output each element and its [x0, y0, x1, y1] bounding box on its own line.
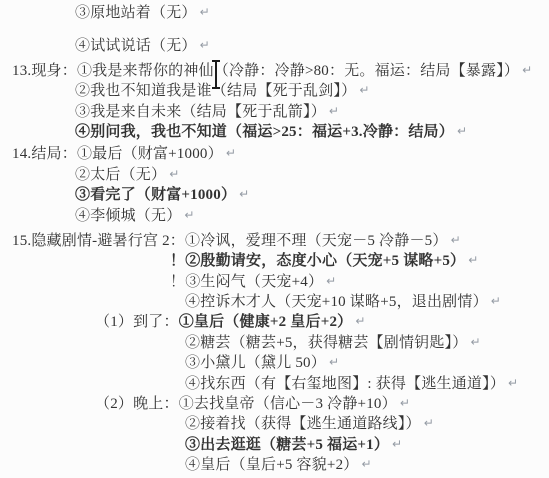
document-text-area[interactable]: ③原地站着（无）↵④试试说话（无）↵13.现身：①我是来帮你的神仙（冷静：冷静>…: [0, 2, 549, 475]
doc-line-text: 14.结局：①最后（财富+1000）: [12, 146, 223, 162]
doc-line[interactable]: （1）到了：①皇后（健康+2 皇后+2）↵: [0, 311, 549, 331]
paragraph-mark-icon: ↵: [400, 396, 410, 410]
doc-line-text: ④皇后（皇后+5 容貌+2）: [185, 457, 358, 473]
doc-line[interactable]: 14.结局：①最后（财富+1000）↵: [0, 143, 549, 163]
paragraph-mark-icon: ↵: [392, 437, 402, 451]
paragraph-mark-icon: ↵: [468, 253, 478, 267]
doc-line-text: ③出去逛逛（糖芸+5 福运+1）: [185, 437, 389, 453]
paragraph-mark-icon: ↵: [226, 146, 236, 160]
doc-line-text: ①去找皇帝（信心－3 冷静+10）: [179, 396, 397, 412]
paragraph-mark-icon: ↵: [491, 294, 501, 308]
doc-line[interactable]: ④别问我，我也不知道（福运>25：福运+3.冷静：结局）↵: [0, 121, 549, 141]
doc-line[interactable]: ③原地站着（无）↵: [0, 2, 549, 22]
doc-line-text: ！③生闷气（天宠+4）: [170, 274, 323, 290]
doc-line-text: ④李倾城（无）: [75, 208, 181, 224]
doc-line[interactable]: 15.隐藏剧情-避暑行宫 2：①冷讽，爱理不理（天宠－5 冷静－5）↵: [0, 230, 549, 250]
paragraph-mark-icon: ↵: [329, 104, 339, 118]
doc-line-text: ②我也不知道我是谁（结局【死于乱剑】）: [75, 83, 356, 99]
doc-line[interactable]: ！②殷勤请安，态度小心（天宠+5 谋略+5）↵: [0, 250, 549, 270]
doc-line-text: ②糖芸（糖芸+5，获得糖芸【剧情钥匙】）: [185, 335, 467, 351]
doc-line-text: 15.隐藏剧情-避暑行宫 2：①冷讽，爱理不理（天宠－5 冷静－5）: [12, 233, 448, 249]
paragraph-mark-icon: ↵: [457, 124, 467, 138]
paragraph-mark-icon: ↵: [169, 167, 179, 181]
doc-line-prefix: （2）晚上：: [95, 396, 179, 412]
doc-line[interactable]: ④李倾城（无）↵: [0, 205, 549, 225]
paragraph-mark-icon: ↵: [361, 457, 371, 471]
doc-line-text: ②太后（无）: [75, 167, 166, 183]
doc-line[interactable]: 13.现身：①我是来帮你的神仙（冷静：冷静>80：无。福运：结局【暴露】）↵: [0, 60, 549, 80]
paragraph-mark-icon: ↵: [355, 314, 365, 328]
paragraph-mark-icon: ↵: [508, 376, 518, 390]
doc-line-text: ④找东西（有【右玺地图】: 获得【逃生通道】）: [185, 376, 505, 392]
paragraph-mark-icon: ↵: [239, 187, 249, 201]
doc-line[interactable]: ②糖芸（糖芸+5，获得糖芸【剧情钥匙】）↵: [0, 332, 549, 352]
doc-line[interactable]: ②太后（无）↵: [0, 164, 549, 184]
doc-line[interactable]: ③看完了（财富+1000）↵: [0, 184, 549, 204]
paragraph-mark-icon: ↵: [200, 5, 210, 19]
doc-line[interactable]: ③出去逛逛（糖芸+5 福运+1）↵: [0, 434, 549, 454]
doc-line[interactable]: ④找东西（有【右玺地图】: 获得【逃生通道】）↵: [0, 373, 549, 393]
paragraph-mark-icon: ↵: [326, 274, 336, 288]
paragraph-mark-icon: ↵: [424, 416, 434, 430]
doc-line[interactable]: ！③生闷气（天宠+4）↵: [0, 271, 549, 291]
paragraph-mark-icon: ↵: [451, 233, 461, 247]
paragraph-mark-icon: ↵: [359, 83, 369, 97]
doc-line[interactable]: （2）晚上：①去找皇帝（信心－3 冷静+10）↵: [0, 393, 549, 413]
doc-line-text: ！②殷勤请安，态度小心（天宠+5 谋略+5）: [170, 253, 465, 269]
doc-line[interactable]: ②我也不知道我是谁（结局【死于乱剑】）↵: [0, 80, 549, 100]
doc-line-text: ①皇后（健康+2 皇后+2）: [179, 314, 353, 330]
doc-line[interactable]: ③我是来自未来（结局【死于乱箭】）↵: [0, 101, 549, 121]
doc-line[interactable]: ④皇后（皇后+5 容貌+2）↵: [0, 454, 549, 474]
doc-line-text: ③看完了（财富+1000）: [75, 187, 236, 203]
doc-line-prefix: （1）到了：: [95, 314, 179, 330]
doc-line-text: ④别问我，我也不知道（福运>25：福运+3.冷静：结局）: [75, 124, 454, 140]
doc-line-text: ③原地站着（无）: [75, 5, 197, 21]
doc-line[interactable]: ③小黛儿（黛儿 50）↵: [0, 352, 549, 372]
paragraph-mark-icon: ↵: [470, 335, 480, 349]
doc-line-text: ②接着找（获得【逃生通道路线】）: [185, 416, 421, 432]
paragraph-mark-icon: ↵: [329, 355, 339, 369]
doc-line-text: 13.现身：①我是来帮你的神仙（冷静：冷静>80：无。福运：结局【暴露】）: [12, 63, 519, 79]
doc-line-text: ④控诉木才人（天宠+10 谋略+5，退出剧情）: [185, 294, 488, 310]
doc-line-text: ③我是来自未来（结局【死于乱箭】）: [75, 104, 326, 120]
doc-line-text: ③小黛儿（黛儿 50）: [185, 355, 326, 371]
doc-line[interactable]: ④试试说话（无）↵: [0, 35, 549, 55]
paragraph-mark-icon: ↵: [200, 38, 210, 52]
doc-line-text: ④试试说话（无）: [75, 38, 197, 54]
doc-line[interactable]: ②接着找（获得【逃生通道路线】）↵: [0, 413, 549, 433]
doc-line[interactable]: ④控诉木才人（天宠+10 谋略+5，退出剧情）↵: [0, 291, 549, 311]
paragraph-mark-icon: ↵: [184, 208, 194, 222]
paragraph-mark-icon: ↵: [522, 63, 532, 77]
